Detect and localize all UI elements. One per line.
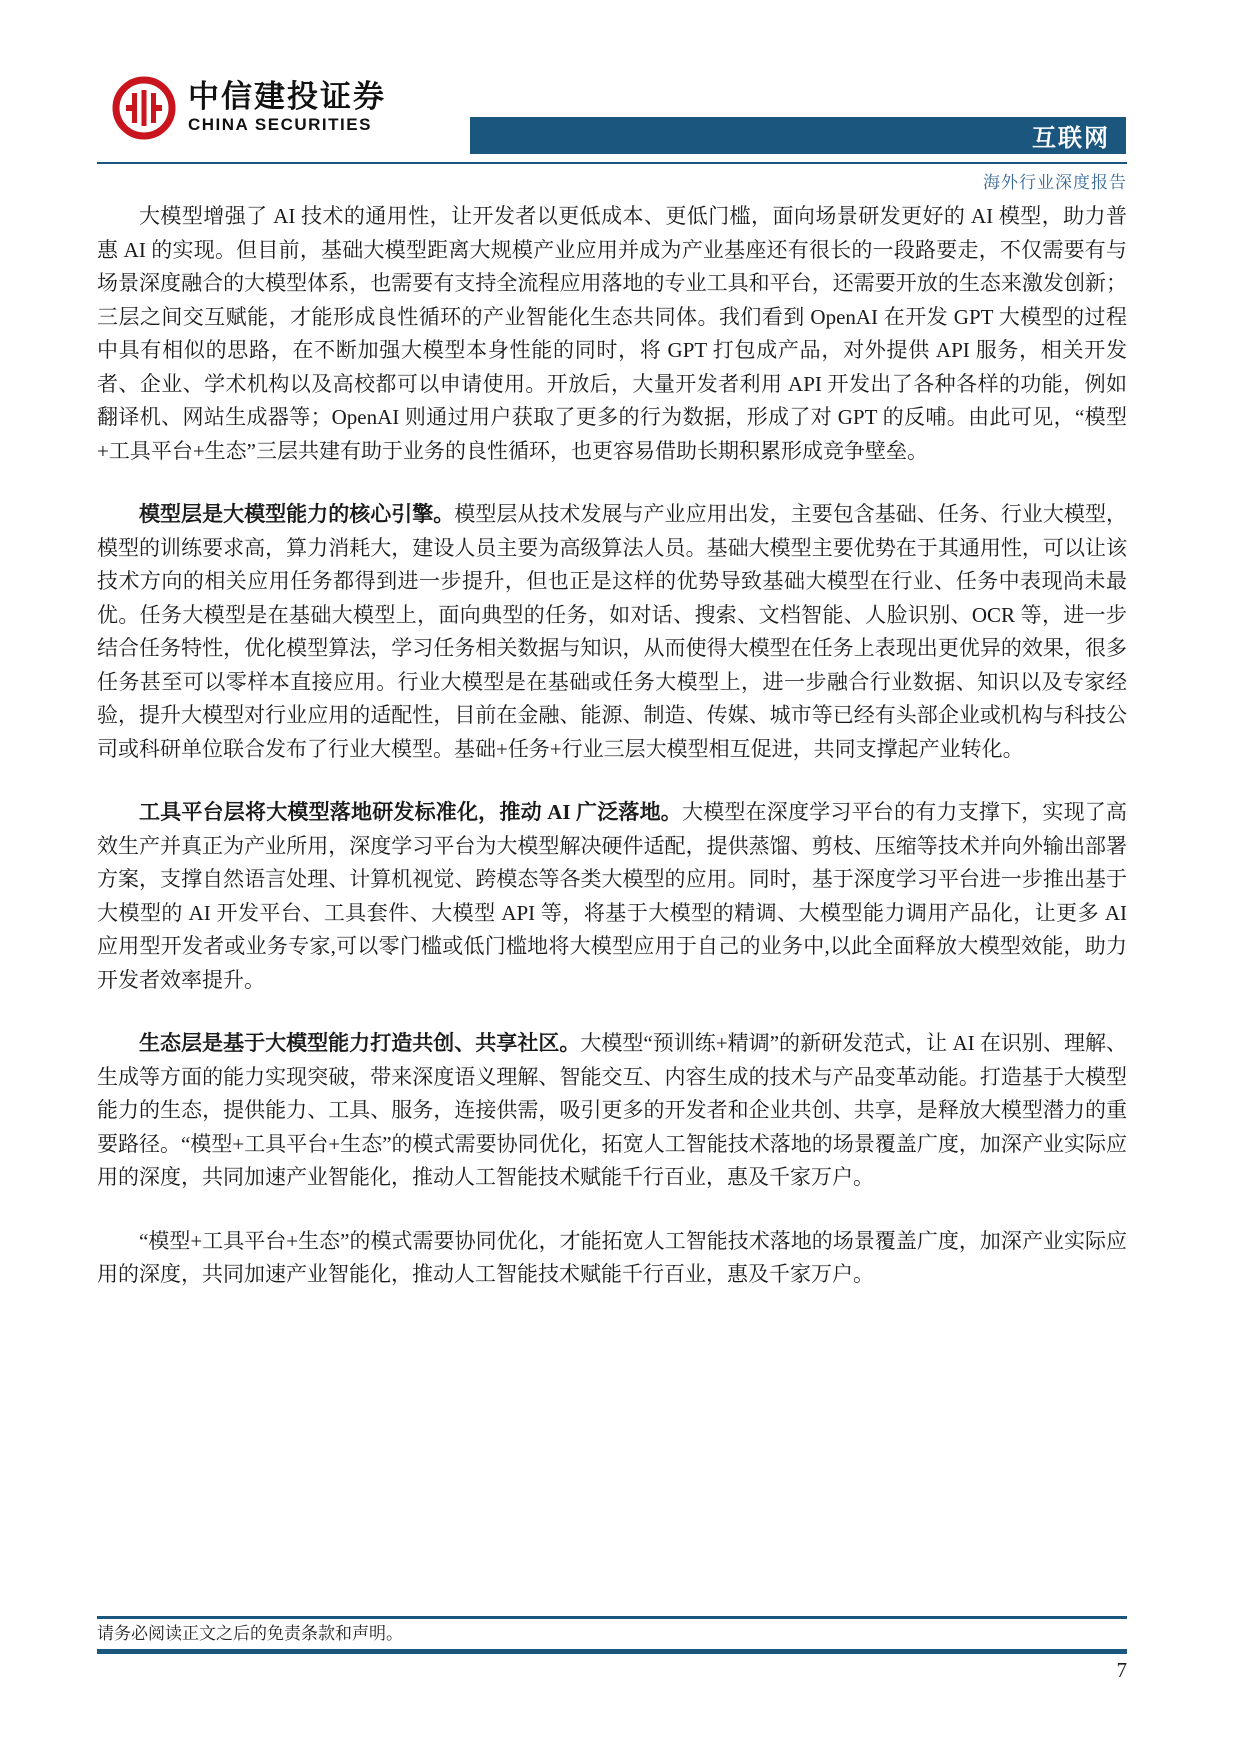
paragraph-lead: 生态层是基于大模型能力打造共创、共享社区。 — [139, 1031, 580, 1055]
body-paragraph: 生态层是基于大模型能力打造共创、共享社区。大模型“预训练+精调”的新研发范式，让… — [97, 1027, 1127, 1195]
footer-disclaimer: 请务必阅读正文之后的免责条款和声明。 — [97, 1621, 1127, 1647]
report-body: 大模型增强了 AI 技术的通用性，让开发者以更低成本、更低门槛，面向场景研发更好… — [97, 200, 1127, 1322]
header-divider — [97, 162, 1127, 164]
citic-logo-icon — [112, 76, 176, 140]
brand-name-cn: 中信建投证券 — [188, 80, 386, 114]
paragraph-text: 模型层从技术发展与产业应用出发，主要包含基础、任务、行业大模型，模型的训练要求高… — [97, 502, 1127, 761]
page-number: 7 — [97, 1658, 1127, 1683]
paragraph-text: 大模型增强了 AI 技术的通用性，让开发者以更低成本、更低门槛，面向场景研发更好… — [97, 204, 1127, 463]
body-paragraph: “模型+工具平台+生态”的模式需要协同优化，才能拓宽人工智能技术落地的场景覆盖广… — [97, 1225, 1127, 1292]
body-paragraph: 模型层是大模型能力的核心引擎。模型层从技术发展与产业应用出发，主要包含基础、任务… — [97, 498, 1127, 766]
report-page: 中信建投证券 CHINA SECURITIES 互联网 海外行业深度报告 大模型… — [0, 0, 1240, 1753]
footer-divider-top — [97, 1616, 1127, 1619]
brand-name-en: CHINA SECURITIES — [188, 114, 386, 136]
paragraph-text: 大模型在深度学习平台的有力支撑下，实现了高效生产并真正为产业所用，深度学习平台为… — [97, 800, 1127, 992]
report-type-subtitle: 海外行业深度报告 — [97, 168, 1127, 193]
body-paragraph: 工具平台层将大模型落地研发标准化，推动 AI 广泛落地。大模型在深度学习平台的有… — [97, 796, 1127, 997]
company-logo: 中信建投证券 CHINA SECURITIES — [112, 76, 386, 140]
industry-category-bar: 互联网 — [470, 117, 1126, 154]
brand-text: 中信建投证券 CHINA SECURITIES — [188, 80, 386, 136]
footer-divider-bottom — [97, 1649, 1127, 1654]
body-paragraph: 大模型增强了 AI 技术的通用性，让开发者以更低成本、更低门槛，面向场景研发更好… — [97, 200, 1127, 468]
paragraph-lead: 工具平台层将大模型落地研发标准化，推动 AI 广泛落地。 — [139, 800, 682, 824]
industry-category-label: 互联网 — [1032, 118, 1110, 153]
paragraph-text: “模型+工具平台+生态”的模式需要协同优化，才能拓宽人工智能技术落地的场景覆盖广… — [97, 1229, 1127, 1287]
paragraph-lead: 模型层是大模型能力的核心引擎。 — [139, 502, 454, 526]
